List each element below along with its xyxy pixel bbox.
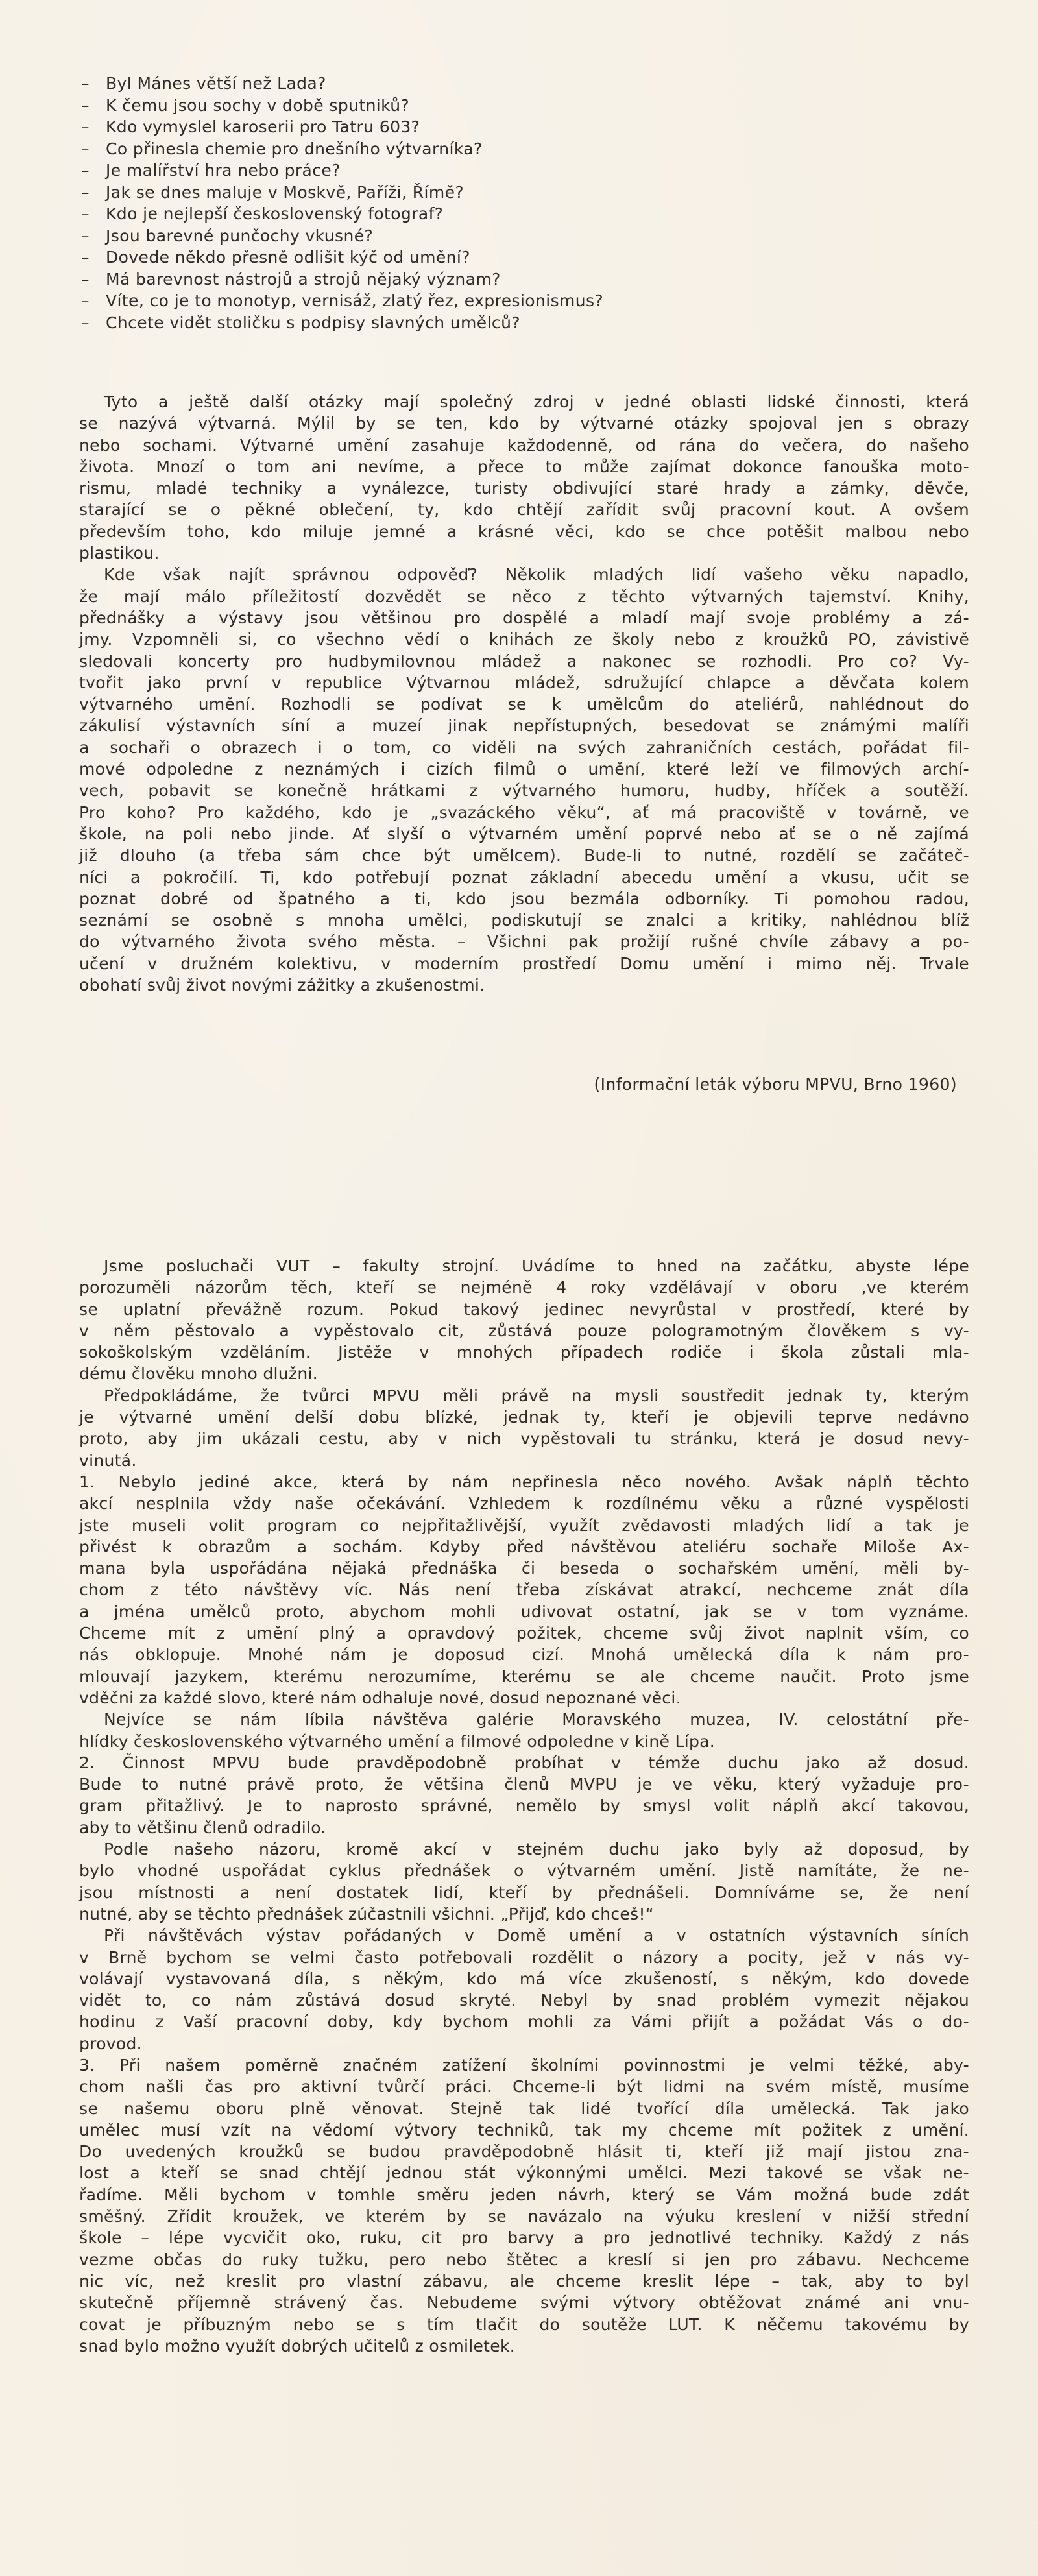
text-line: lost a kteří se snad chtějí jednou stát … — [79, 2162, 969, 2184]
text-line: vinutá. — [79, 1450, 969, 1471]
text-line: hodinu z Vaší pracovní doby, kdy bychom … — [79, 2011, 969, 2032]
text-line: do výtvarného života svého města. – Všic… — [79, 931, 969, 952]
text-line: se uplatní převážně rozum. Pokud takový … — [79, 1299, 969, 1320]
text-line: učení v družném kolektivu, v moderním pr… — [79, 953, 969, 974]
text-line: a sochaři o obrazech i o tom, co viděli … — [79, 737, 969, 758]
question-text: Chcete vidět stoličku s podpisy slavných… — [106, 312, 520, 334]
text-line: umělec musí vzít na vědomí výtvory techn… — [79, 2119, 969, 2141]
dash-bullet: – — [81, 160, 106, 182]
text-line: Nejvíce se nám líbila návštěva galérie M… — [79, 1709, 969, 1730]
text-line: provod. — [79, 2033, 969, 2054]
text-line: chom našli čas pro aktivní tvůrčí práci.… — [79, 2076, 969, 2097]
text-line: mana byla uspořádána nějaká přednáška či… — [79, 1558, 969, 1579]
text-line: Při návštěvách výstav pořádaných v Domě … — [79, 1925, 969, 1946]
text-line: akcí nesplnila vždy naše očekávání. Vzhl… — [79, 1493, 969, 1514]
question-text: Byl Mánes větší než Lada? — [106, 73, 326, 95]
text-line: hlídky československého výtvarného umění… — [79, 1731, 969, 1752]
text-line: a jména umělců proto, abychom mohli udiv… — [79, 1601, 969, 1622]
text-line: rismu, mladé techniky a vynálezce, turis… — [79, 477, 969, 499]
question-item: –Jsou barevné punčochy vkusné? — [81, 225, 795, 247]
students-response-text: Jsme posluchači VUT – fakulty strojní. U… — [79, 1255, 969, 2357]
question-item: –Dovede někdo přesně odlišit kýč od uměn… — [81, 247, 795, 269]
question-text: Kdo je nejlepší československý fotograf? — [106, 203, 443, 225]
text-line: seznámí se osobně s mnoha umělci, podisk… — [79, 909, 969, 931]
text-line: Tyto a ještě další otázky mají společný … — [79, 391, 969, 413]
question-item: –K čemu jsou sochy v době sputniků? — [81, 95, 795, 117]
text-line: chom z této návštěvy víc. Nás není třeba… — [79, 1579, 969, 1600]
numbered-line: 3. Při našem poměrně značném zatížení šk… — [79, 2054, 969, 2076]
dash-bullet: – — [81, 225, 106, 247]
text-line: volávají vystavovaná díla, s někým, kdo … — [79, 1968, 969, 1990]
text-line: Jsme posluchači VUT – fakulty strojní. U… — [79, 1255, 969, 1277]
text-line: snad bylo možno využít dobrých učitelů z… — [79, 2335, 969, 2357]
dash-bullet: – — [81, 290, 106, 312]
text-line: především toho, kdo miluje jemné a krásn… — [79, 521, 969, 542]
question-text: K čemu jsou sochy v době sputniků? — [106, 95, 409, 117]
text-line: gram přitažlivý. Je to naprosto správné,… — [79, 1795, 969, 1816]
text-line: Do uvedených kroužků se budou pravděpodo… — [79, 2141, 969, 2162]
question-text: Víte, co je to monotyp, vernisáž, zlatý … — [106, 290, 603, 312]
document-page: –Byl Mánes větší než Lada? –K čemu jsou … — [0, 0, 1038, 2576]
text-line: skutečně příjemně strávený čas. Nebudeme… — [79, 2292, 969, 2313]
text-line: že mají málo příležitostí dozvědět se ně… — [79, 586, 969, 607]
question-list: –Byl Mánes větší než Lada? –K čemu jsou … — [81, 73, 795, 333]
text-line: jsou místnosti a není dostatek lidí, kte… — [79, 1882, 969, 1903]
question-text: Jsou barevné punčochy vkusné? — [106, 225, 373, 247]
question-item: –Kdo vymyslel karoserii pro Tatru 603? — [81, 116, 795, 138]
question-item: –Jak se dnes maluje v Moskvě, Paříži, Ří… — [81, 182, 795, 204]
text-line: nás obklopuje. Mnohé nám je doposud cizí… — [79, 1644, 969, 1665]
text-line: přivést k obrazům a sochám. Kdyby před n… — [79, 1536, 969, 1558]
text-line: výtvarného umění. Rozhodli se podívat se… — [79, 693, 969, 715]
text-line: sokoškolským vzděláním. Jistěže v mnohýc… — [79, 1342, 969, 1363]
text-line: vděčni za každé slovo, které nám odhaluj… — [79, 1687, 969, 1709]
text-line: obohatí svůj život novými zážitky a zkuš… — [79, 974, 969, 996]
text-line: dému člověku mnoho dlužni. — [79, 1363, 969, 1384]
text-line: Předpokládáme, že tvůrci MPVU měli právě… — [79, 1385, 969, 1406]
text-line: směšný. Zřídit kroužek, ve kterém by se … — [79, 2206, 969, 2227]
text-line: porozuměli názorům těch, kteří se nejmén… — [79, 1277, 969, 1298]
question-item: –Kdo je nejlepší československý fotograf… — [81, 203, 795, 225]
dash-bullet: – — [81, 182, 106, 204]
dash-bullet: – — [81, 138, 106, 160]
source-attribution: (Informační leták výboru MPVU, Brno 1960… — [594, 1074, 957, 1095]
text-line: níci a pokročilí. Ti, kdo potřebují pozn… — [79, 867, 969, 888]
text-line: škole – lépe vycvičit oko, ruku, cit pro… — [79, 2227, 969, 2248]
question-item: –Víte, co je to monotyp, vernisáž, zlatý… — [81, 290, 795, 312]
text-line: vezme občas do ruky tužku, pero nebo ště… — [79, 2249, 969, 2270]
text-line: se našemu oboru plně věnovat. Stejně tak… — [79, 2098, 969, 2119]
text-line: se nazývá výtvarná. Mýlil by se ten, kdo… — [79, 413, 969, 434]
dash-bullet: – — [81, 312, 106, 334]
text-line: Bude to nutné právě proto, že většina čl… — [79, 1774, 969, 1795]
dash-bullet: – — [81, 116, 106, 138]
text-line: bylo vhodné uspořádat cyklus přednášek o… — [79, 1860, 969, 1881]
text-line: poznat dobré od špatného a ti, kdo jsou … — [79, 888, 969, 909]
text-line: nebo sochami. Výtvarné umění zasahuje ka… — [79, 435, 969, 456]
text-line: Chceme mít z umění plný a opravdový poži… — [79, 1622, 969, 1644]
text-line: života. Mnozí o tom ani nevíme, a přece … — [79, 456, 969, 477]
dash-bullet: – — [81, 73, 106, 95]
text-line: v něm pěstovalo a vypěstovalo cit, zůstá… — [79, 1320, 969, 1342]
text-line: sledovali koncerty pro hudbymilovnou mlá… — [79, 651, 969, 672]
question-text: Jak se dnes maluje v Moskvě, Paříži, Řím… — [106, 182, 464, 204]
text-line: nutné, aby se těchto přednášek zúčastnil… — [79, 1903, 969, 1925]
text-line: v Brně bychom se velmi často potřebovali… — [79, 1947, 969, 1968]
question-text: Dovede někdo přesně odlišit kýč od umění… — [106, 247, 470, 269]
dash-bullet: – — [81, 203, 106, 225]
text-line: covat je příbuzným nebo se s tím tlačit … — [79, 2314, 969, 2335]
text-line: jste museli volit program co nejpřitažli… — [79, 1515, 969, 1536]
text-line: řadíme. Měli bychom v tomhle směru jeden… — [79, 2184, 969, 2206]
dash-bullet: – — [81, 269, 106, 291]
numbered-line: 1. Nebylo jediné akce, která by nám nepř… — [79, 1471, 969, 1493]
text-line: proto, aby jim ukázali cestu, aby v nich… — [79, 1428, 969, 1449]
text-line: mlouvají jazykem, kterému nerozumíme, kt… — [79, 1666, 969, 1687]
text-line: Pro koho? Pro každého, kdo je „svazáckéh… — [79, 802, 969, 823]
dash-bullet: – — [81, 95, 106, 117]
text-line: nic víc, než kreslit pro vlastní zábavu,… — [79, 2270, 969, 2292]
text-line: jmy. Vzpomněli si, co všechno vědí o kni… — [79, 629, 969, 650]
text-line: plastikou. — [79, 542, 969, 564]
text-line: Podle našeho názoru, kromě akcí v stejné… — [79, 1838, 969, 1860]
question-text: Co přinesla chemie pro dnešního výtvarní… — [106, 138, 483, 160]
text-line: vech, pobavit se konečně hrátkami z výtv… — [79, 780, 969, 801]
text-line: aby to většinu členů odradilo. — [79, 1817, 969, 1838]
text-line: škole, na poli nebo jinde. Ať slyší o vý… — [79, 823, 969, 845]
question-item: –Má barevnost nástrojů a strojů nějaký v… — [81, 269, 795, 291]
text-line: starající se o pěkné oblečení, ty, kdo c… — [79, 499, 969, 520]
text-line: tvořit jako první v republice Výtvarnou … — [79, 672, 969, 693]
text-line: přednášky a výstavy jsou většinou pro do… — [79, 607, 969, 629]
text-line: mové odpoledne z neznámých i cizích film… — [79, 758, 969, 780]
text-line: Kde však najít správnou odpověď? Několik… — [79, 564, 969, 585]
text-line: vidět to, co nám zůstává dosud skryté. N… — [79, 1990, 969, 2011]
dash-bullet: – — [81, 247, 106, 269]
question-text: Má barevnost nástrojů a strojů nějaký vý… — [106, 269, 501, 291]
question-item: –Co přinesla chemie pro dnešního výtvarn… — [81, 138, 795, 160]
question-text: Kdo vymyslel karoserii pro Tatru 603? — [106, 116, 420, 138]
question-text: Je malířství hra nebo práce? — [106, 160, 341, 182]
question-item: –Byl Mánes větší než Lada? — [81, 73, 795, 95]
numbered-line: 2. Činnost MPVU bude pravděpodobně probí… — [79, 1752, 969, 1774]
text-line: již dlouho (a třeba sám chce být umělcem… — [79, 845, 969, 866]
question-item: –Je malířství hra nebo práce? — [81, 160, 795, 182]
text-line: je výtvarné umění delší dobu blízké, jed… — [79, 1406, 969, 1428]
text-line: zákulisí výstavních síní a muzeí jinak n… — [79, 715, 969, 736]
question-item: –Chcete vidět stoličku s podpisy slavnýc… — [81, 312, 795, 334]
leaflet-text: Tyto a ještě další otázky mají společný … — [79, 391, 969, 996]
